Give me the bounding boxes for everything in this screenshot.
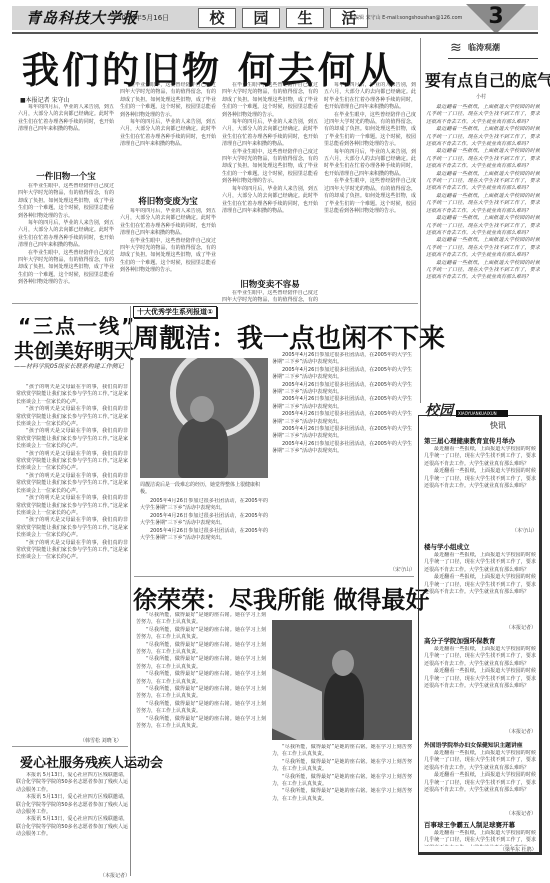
brief-body: 最近翻看一些报纸，上面报道大学校园的时候几乎统一了口径，现在大学生找不到工作了，… xyxy=(424,446,536,526)
section-char: 校 xyxy=(198,8,236,28)
lead-subhead-3: 旧物变卖不容易 xyxy=(222,278,318,290)
photo-person xyxy=(324,672,364,740)
photo-head xyxy=(332,650,354,676)
lead-body-col4: 每年的四月后，毕业的人来告别，到五六月，大部分人的去向都已经确定。此时毕业生们在… xyxy=(324,82,416,300)
lead-byline: ■本报记者 宋守山 xyxy=(20,95,70,104)
lead-subhead-2: 将旧物变废为宝 xyxy=(120,195,216,207)
column-logo: 临涛观潮 xyxy=(468,42,500,53)
briefs-bar: XIAOYUANKUAIXUN xyxy=(456,410,508,417)
left-headline-2: 共创美好明天 xyxy=(14,335,134,364)
lead-subhead-1: 一件旧物一个宝 xyxy=(18,170,114,182)
issue-date: 2006年5月16日 xyxy=(117,13,169,23)
column-divider xyxy=(130,306,131,876)
brief-credit: （本报记者） xyxy=(506,810,536,817)
briefs-sublabel: 快讯 xyxy=(490,420,506,431)
brief-body: 最近翻看一些报纸，上面报道大学校园的时候几乎统一了口径，现在大学生找不到工作了，… xyxy=(424,830,536,846)
brief-title: 百事球王争霸五人制足球赛开幕 xyxy=(424,820,515,829)
feature2-headline: 徐荣荣：尽我所能 做得最好 xyxy=(133,580,429,615)
editor-info: 责任编辑 宋守山 E-mail:songshoushan@126.com xyxy=(344,14,462,21)
section-divider xyxy=(12,303,418,304)
feature1-caption: 周靓洁说后是一段难忘的经历，她觉得整体上很健康积极。 xyxy=(140,482,268,496)
waves-icon: ≋ xyxy=(450,40,462,56)
brief-title: 楼与学小组成立 xyxy=(424,542,470,551)
brief-credit: （梁华东 杜鹃） xyxy=(500,846,537,853)
section-divider xyxy=(134,576,414,577)
section-char: 园 xyxy=(242,8,280,28)
feature1-photo xyxy=(140,358,268,478)
brief-credit: （本报记者） xyxy=(506,728,536,735)
column-author: 小村 xyxy=(476,93,486,100)
brief-body: 最近翻看一些报纸，上面报道大学校园的时候几乎统一了口径，现在大学生找不到工作了，… xyxy=(424,750,536,810)
section-title: 校 园 生 活 xyxy=(198,8,368,28)
page-number-badge: 3 xyxy=(466,4,526,34)
feature2-photo xyxy=(272,620,412,740)
bottom-left-credit: （本报记者） xyxy=(100,872,130,879)
section-char: 生 xyxy=(286,8,324,28)
brief-credit: （本守山） xyxy=(512,527,537,534)
lead-intro: 每年的四月后，毕业的人来告别，到五六月，大部分人的去向都已经确定。此时毕业生们在… xyxy=(18,104,114,140)
left-subtitle: ——材料学院05级家长联系构建工作侧记 xyxy=(14,362,129,371)
feature1-body-a: 2005年4月26日参加过很多社团活动，在2005年的大学生暑期“三下乡”活动中… xyxy=(140,498,268,562)
section-divider xyxy=(12,746,128,747)
brief-credit: （本报记者） xyxy=(506,624,536,631)
series-tag: 十大优秀学生系列报道① xyxy=(133,306,217,318)
lead-body-col2: 在毕业生眼中，这些曾经陪伴自己度过四年大学时光的物品，有的值得留念，有的却成了负… xyxy=(120,82,216,192)
briefs-label: 校园 xyxy=(425,400,453,420)
brief-body: 最近翻看一些报纸，上面报道大学校园的时候几乎统一了口径，现在大学生找不到工作了，… xyxy=(424,552,536,624)
brief-body: 最近翻看一些报纸，上面报道大学校园的时候几乎统一了口径，现在大学生找不到工作了，… xyxy=(424,646,536,726)
bottom-left-body: 本报讯 5月13日，爱心社应四方区残联邀请，联合化学院等学院的50多名志愿者参加… xyxy=(16,772,128,872)
feature1-headline: 周靓洁：我一点也闲不下来 xyxy=(133,318,445,355)
photo-steps xyxy=(272,668,322,740)
column-logo-rule xyxy=(448,58,538,59)
masthead: 青岛科技大学报 2006年5月16日 校 园 生 活 责任编辑 宋守山 E-ma… xyxy=(12,6,538,30)
column-title: 要有点自己的底气 xyxy=(425,68,550,91)
left-body: “孩子的明天是父母最在乎的事，我们真的非常欣赏学院能让我们家长参与学生的工作。”… xyxy=(16,384,128,720)
feature2-body-a: “尽我所能，做得最好”是她的座右铭。她在学习上刻苦努力，在工作上认真负责。“尽我… xyxy=(136,612,266,876)
lead-body-col3b: 在毕业生眼中，这些曾经陪伴自己度过四年大学时光的物品，有的值得留念，有的却成了负… xyxy=(222,290,318,302)
photo-head xyxy=(190,396,214,422)
feature1-body-b: 2005年4月26日参加过很多社团活动，在2005年的大学生暑期“三下乡”活动中… xyxy=(272,352,412,564)
page-number: 3 xyxy=(466,4,526,29)
brief-title: 外国语学院举办妇女保健知识主题讲座 xyxy=(424,740,523,749)
feature1-credit: （宋守山） xyxy=(390,566,415,573)
photo-person xyxy=(178,418,228,478)
top-rule xyxy=(12,32,538,34)
feature2-body-b: “尽我所能，做得最好”是她的座右铭。她在学习上刻苦努力，在工作上认真负责。“尽我… xyxy=(272,744,412,876)
brief-title: 第三届心理健康教育宣传月举办 xyxy=(424,436,515,445)
lead-body-col1: 在毕业生眼中，这些曾经陪伴自己度过四年大学时光的物品，有的值得留念，有的却成了负… xyxy=(18,183,114,299)
bottom-left-headline: 爱心社服务残疾人运动会 xyxy=(20,752,163,771)
left-credit: （韩雪松 刘晓飞） xyxy=(80,737,122,744)
lead-body-col2b: 每年的四月后，毕业的人来告别，到五六月，大部分人的去向都已经确定。此时毕业生们在… xyxy=(120,208,216,300)
lead-body-col3: 在毕业生眼中，这些曾经陪伴自己度过四年大学时光的物品，有的值得留念，有的却成了负… xyxy=(222,82,318,276)
brief-title: 高分子学院加强环保教育 xyxy=(424,636,496,645)
